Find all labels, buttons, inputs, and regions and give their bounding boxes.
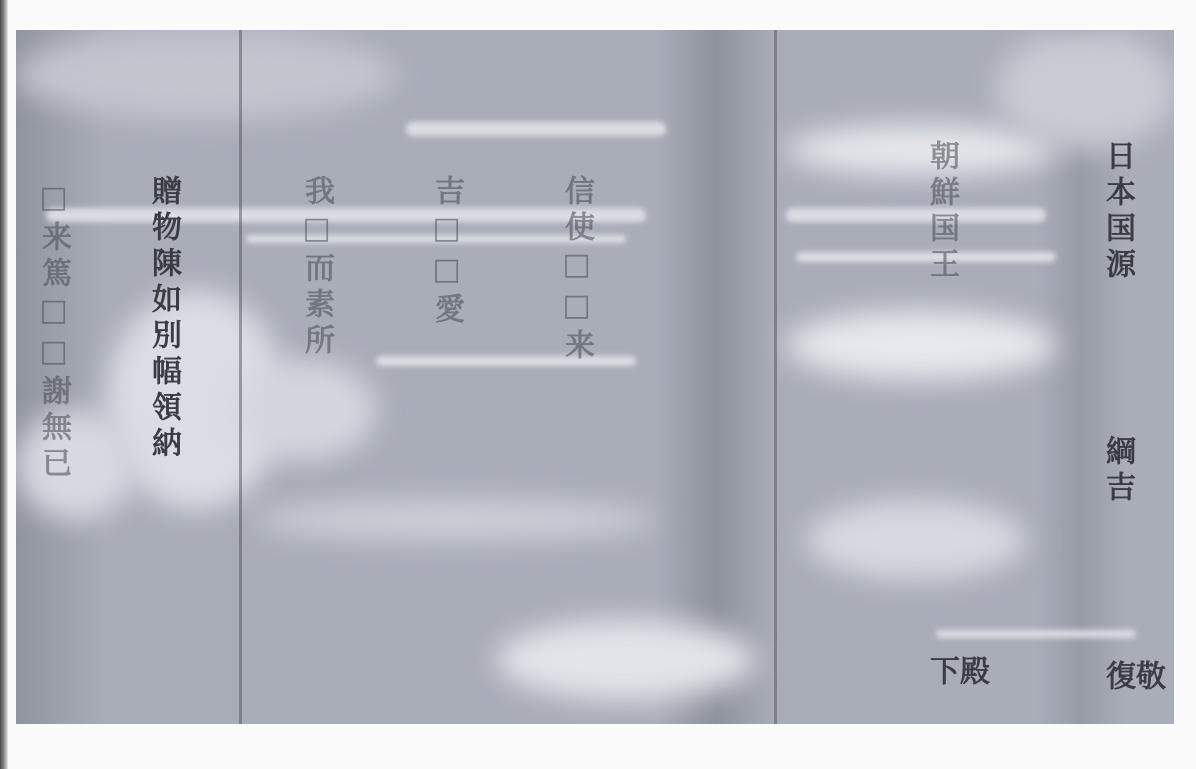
paper-cloud [16,30,396,120]
paper-fold [774,30,777,724]
scan-edge [0,0,8,769]
paper-streak [936,630,1136,638]
sender-name: 日本国源 [1102,140,1132,284]
paper-cloud [16,410,136,520]
paper-streak [406,122,666,136]
shadow-band [656,30,776,724]
recipient-honorific: 殿下 [926,655,986,724]
text-column: 吉□□愛 [431,175,461,329]
paper-streak [376,356,636,366]
paper-streak [46,208,646,222]
letter-sheet: 日本国源 綱吉 敬復 朝鮮国王 殿下 信使□□来 吉□□愛 我□而素所 贈物陳如… [16,30,1174,724]
sender-given-name: 綱吉 [1102,435,1132,507]
text-column: 信使□□来 [561,175,591,365]
paper-cloud [806,500,1026,580]
paper-cloud [496,620,756,700]
paper-cloud [786,125,1056,175]
paper-cloud [236,360,376,460]
text-column: 贈物陳如別幅領納 [148,175,178,463]
paper-cloud [786,310,1056,380]
text-column: 我□而素所 [301,175,331,360]
paper-fold [239,30,242,724]
paper-streak [786,208,1046,222]
text-column: □来篤□□謝無已 [38,180,68,483]
paper-cloud [256,500,656,540]
recipient-title: 朝鮮国王 [926,140,956,284]
paper-cloud [996,30,1174,150]
closing-phrase: 敬復 [1102,660,1162,724]
